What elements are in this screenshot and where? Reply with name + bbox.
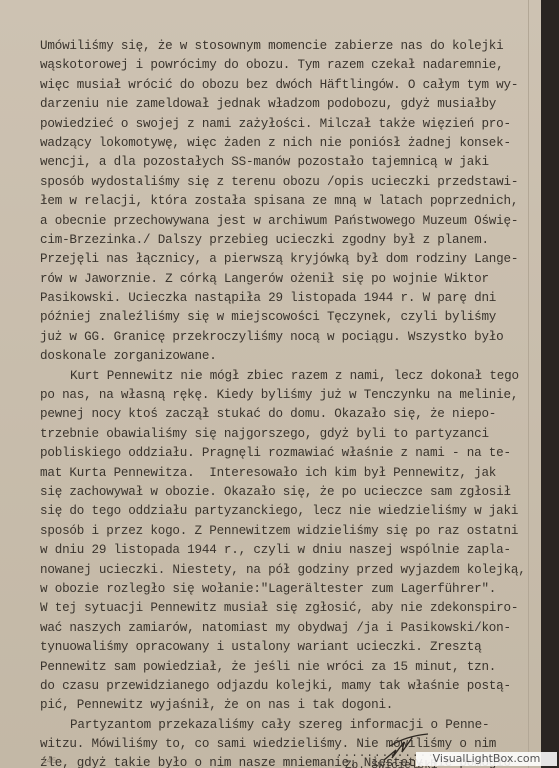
text-line: Partyzantom przekazaliśmy cały szereg in… xyxy=(40,716,540,735)
text-line: do czasu przewidzianego odjazdu kolejki,… xyxy=(40,677,540,696)
text-line: mat Kurta Pennewitza. Interesowało ich k… xyxy=(40,464,540,483)
text-line: Przejęli nas łącznicy, a pierwszą kryjów… xyxy=(40,250,540,269)
text-line: sposób wydostaliśmy się z terenu obozu /… xyxy=(40,173,540,192)
text-line: wać naszych zamiarów, natomiast my obydw… xyxy=(40,619,540,638)
text-line: sposób i przez kogo. Z Pennewitzem widzi… xyxy=(40,522,540,541)
text-line: więc musiał wrócić do obozu bez dwóch Hä… xyxy=(40,76,540,95)
text-line: cim-Brzezinka./ Dalszy przebieg ucieczki… xyxy=(40,231,540,250)
text-line: później znaleźliśmy się w miejscowości T… xyxy=(40,308,540,327)
page-footer-mark: 145 xyxy=(42,757,56,766)
text-line: Umówiliśmy się, że w stosownym momencie … xyxy=(40,37,540,56)
typed-text-body: Umówiliśmy się, że w stosownym momencie … xyxy=(40,37,540,768)
text-line: wencji, a dla pozostałych SS-manów pozos… xyxy=(40,153,540,172)
text-line: w obozie rozległo się wołanie:"Lagerälte… xyxy=(40,580,540,599)
text-line: się do tego oddziału partyzanckiego, lec… xyxy=(40,502,540,521)
text-line: pić, Pennewitz wyjaśnił, że on nas i tak… xyxy=(40,696,540,715)
text-line: doskonale zorganizowane. xyxy=(40,347,540,366)
text-line: po nas, na własną rękę. Kiedy byliśmy ju… xyxy=(40,386,540,405)
text-line: W tej sytuacji Pennewitz musiał się zgło… xyxy=(40,599,540,618)
text-line: łem w relacji, która została spisana ze … xyxy=(40,192,540,211)
text-line: wadzący lokomotywę, więc żaden z nich ni… xyxy=(40,134,540,153)
text-line: wąskotorowej i powrócimy do obozu. Tym r… xyxy=(40,56,540,75)
text-line: pewnej nocy ktoś zaczął stukać do domu. … xyxy=(40,405,540,424)
text-line: darzeniu nie zameldował jednak władzom p… xyxy=(40,95,540,114)
text-line: powiedzieć o swojej z nami zażyłości. Mi… xyxy=(40,115,540,134)
text-line: już w GG. Granicę przekroczyliśmy nocą w… xyxy=(40,328,540,347)
text-line: rów w Jaworznie. Z córką Langerów ożenił… xyxy=(40,270,540,289)
text-line: w dniu 29 listopada 1944 r., czyli w dni… xyxy=(40,541,540,560)
text-line: a obecnie przechowywana jest w archiwum … xyxy=(40,212,540,231)
text-line: Kurt Pennewitz nie mógł zbiec razem z na… xyxy=(40,367,540,386)
text-line: się zachowywał w obozie. Okazało się, że… xyxy=(40,483,540,502)
text-line: nowanej ucieczki. Niestety, na pół godzi… xyxy=(40,561,540,580)
document-page: Umówiliśmy się, że w stosownym momencie … xyxy=(0,0,541,768)
text-line: trzebnie obawialiśmy się najgorszego, gd… xyxy=(40,425,540,444)
text-line: tynuowaliśmy opracowany i ustalony waria… xyxy=(40,638,540,657)
text-line: Pasikowski. Ucieczka nastąpiła 29 listop… xyxy=(40,289,540,308)
watermark-link[interactable]: VisualLightBox.com xyxy=(416,752,557,766)
text-line: Pennewitz sam powiedział, że jeśli nie w… xyxy=(40,658,540,677)
text-line: pobliskiego oddziału. Pragnęli rozmawiać… xyxy=(40,444,540,463)
